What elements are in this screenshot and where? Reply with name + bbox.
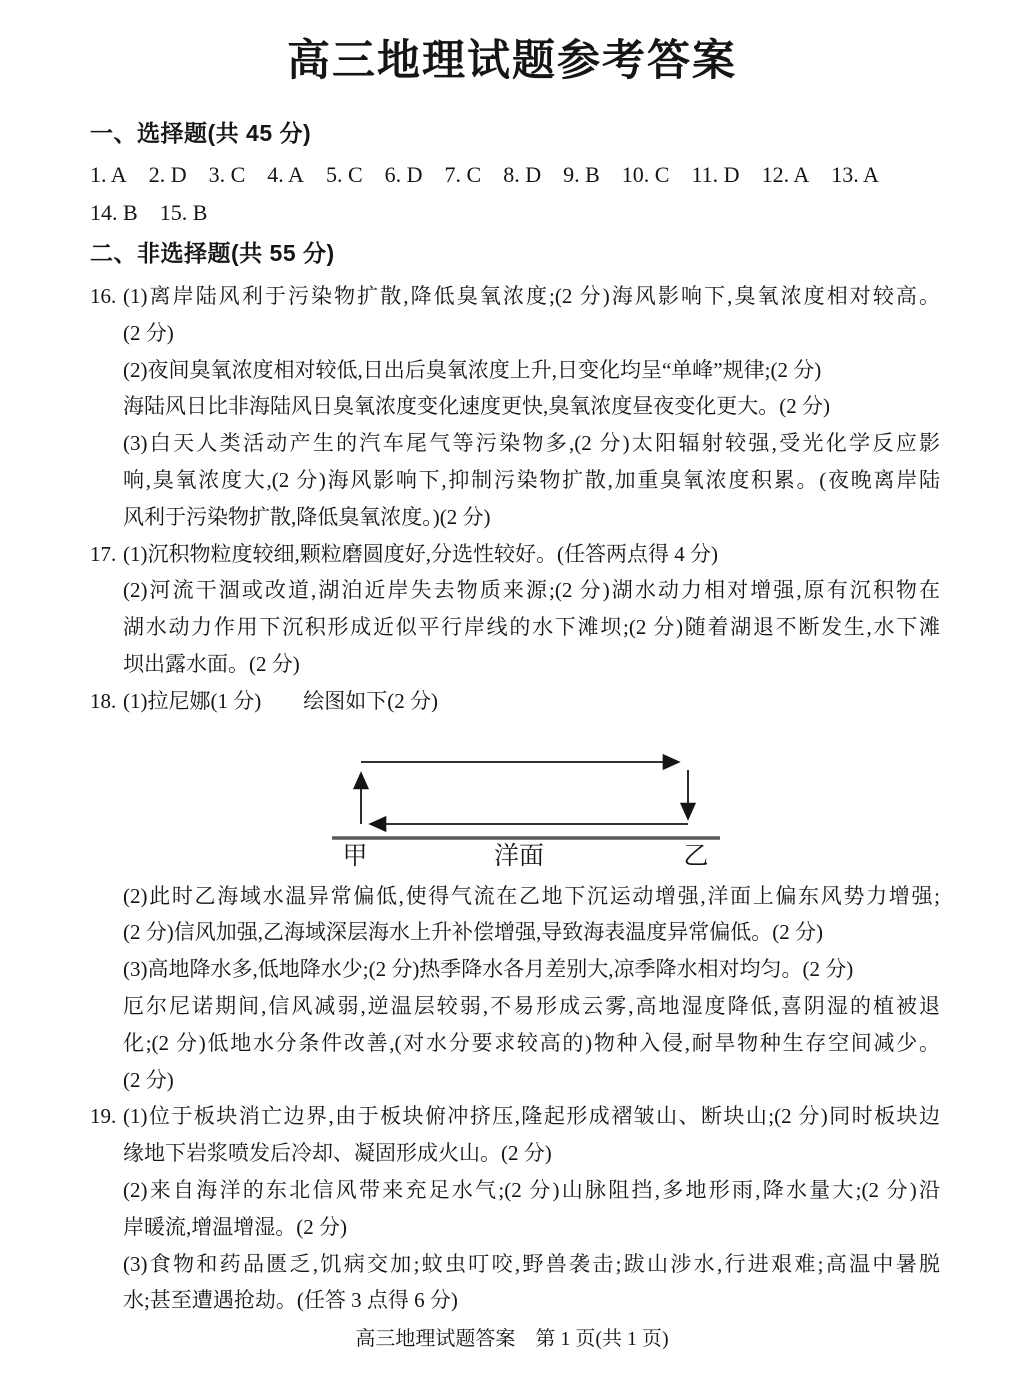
answer-line: 水;甚至遭遇抢劫。(任答 3 点得 6 分) <box>123 1282 940 1319</box>
answer-item: 13. A <box>831 156 879 194</box>
answer-line: 风利于污染物扩散,降低臭氧浓度。)(2 分) <box>123 499 940 536</box>
question-block: 16.(1)离岸陆风利于污染物扩散,降低臭氧浓度;(2 分)海风影响下,臭氧浓度… <box>90 278 940 536</box>
question-block: 18.(1)拉尼娜(1 分) 绘图如下(2 分) 甲 洋面 乙 (2)此时乙海域… <box>90 683 940 1099</box>
answer-item: 12. A <box>762 156 810 194</box>
answer-line: 响,臭氧浓度大,(2 分)海风影响下,抑制污染物扩散,加重臭氧浓度积累。(夜晚离… <box>123 462 940 499</box>
answer-line: (2 分)信风加强,乙海域深层海水上升补偿增强,导致海表温度异常偏低。(2 分) <box>123 914 940 951</box>
answer-item: 9. B <box>563 156 600 194</box>
answer-line: (2)来自海洋的东北信风带来充足水气;(2 分)山脉阻挡,多地形雨,降水量大;(… <box>123 1172 940 1209</box>
document-body: 一、选择题(共 45 分) 1. A2. D3. C4. A5. C6. D7.… <box>90 118 940 1319</box>
answer-line: 坝出露水面。(2 分) <box>123 646 940 683</box>
circulation-diagram: 甲 洋面 乙 <box>318 734 748 872</box>
answer-line: (1)位于板块消亡边界,由于板块俯冲挤压,隆起形成褶皱山、断块山;(2 分)同时… <box>123 1098 940 1135</box>
answer-row: 1. A2. D3. C4. A5. C6. D7. C8. D9. B10. … <box>90 156 940 194</box>
answer-line: (2)此时乙海域水温异常偏低,使得气流在乙地下沉运动增强,洋面上偏东风势力增强; <box>123 878 940 915</box>
section-heading-choice: 一、选择题(共 45 分) <box>90 118 940 148</box>
answer-sheet-page: 高三地理试题参考答案 一、选择题(共 45 分) 1. A2. D3. C4. … <box>0 0 1024 1374</box>
answer-item: 6. D <box>385 156 423 194</box>
answer-item: 2. D <box>149 156 187 194</box>
answer-line: (3)食物和药品匮乏,饥病交加;蚊虫叮咬,野兽袭击;跋山涉水,行进艰难;高温中暑… <box>123 1246 940 1283</box>
answer-line: (2)河流干涸或改道,湖泊近岸失去物质来源;(2 分)湖水动力相对增强,原有沉积… <box>123 572 940 609</box>
answer-line: 化;(2 分)低地水分条件改善,(对水分要求较高的)物种入侵,耐旱物种生存空间减… <box>123 1025 940 1062</box>
answer-item: 3. C <box>209 156 246 194</box>
answer-line: 缘地下岩浆喷发后冷却、凝固形成火山。(2 分) <box>123 1135 940 1172</box>
question-block: 17.(1)沉积物粒度较细,颗粒磨圆度好,分选性较好。(任答两点得 4 分)(2… <box>90 536 940 683</box>
question-number: 17. <box>90 536 116 573</box>
answer-line: 岸暖流,增温增湿。(2 分) <box>123 1209 940 1246</box>
section-heading-free-response: 二、非选择题(共 55 分) <box>90 238 940 268</box>
answer-item: 10. C <box>622 156 670 194</box>
answer-item: 1. A <box>90 156 127 194</box>
diagram-label-right: 乙 <box>683 842 708 870</box>
answer-item: 4. A <box>267 156 304 194</box>
answer-item: 7. C <box>445 156 482 194</box>
answer-line: (3)高地降水多,低地降水少;(2 分)热季降水各月差别大,凉季降水相对均匀。(… <box>123 951 940 988</box>
answer-line: (2 分) <box>123 1062 940 1099</box>
answer-line: 湖水动力作用下沉积形成近似平行岸线的水下滩坝;(2 分)随着湖退不断发生,水下滩 <box>123 609 940 646</box>
answer-line: (1)沉积物粒度较细,颗粒磨圆度好,分选性较好。(任答两点得 4 分) <box>123 536 940 573</box>
questions: 16.(1)离岸陆风利于污染物扩散,降低臭氧浓度;(2 分)海风影响下,臭氧浓度… <box>90 278 940 1319</box>
answer-line: (1)拉尼娜(1 分) 绘图如下(2 分) <box>123 683 940 720</box>
choice-answers: 1. A2. D3. C4. A5. C6. D7. C8. D9. B10. … <box>90 156 940 232</box>
answer-item: 8. D <box>503 156 541 194</box>
answer-item: 11. D <box>691 156 739 194</box>
diagram-label-center: 洋面 <box>494 842 544 870</box>
answer-line: (1)离岸陆风利于污染物扩散,降低臭氧浓度;(2 分)海风影响下,臭氧浓度相对较… <box>123 278 940 315</box>
question-number: 19. <box>90 1098 116 1135</box>
answer-item: 15. B <box>160 194 208 232</box>
diagram-label-left: 甲 <box>342 842 367 870</box>
question-number: 18. <box>90 683 116 720</box>
answer-row: 14. B15. B <box>90 194 940 232</box>
answer-line: (2)夜间臭氧浓度相对较低,日出后臭氧浓度上升,日变化均呈“单峰”规律;(2 分… <box>123 352 940 389</box>
question-number: 16. <box>90 278 116 315</box>
page-title: 高三地理试题参考答案 <box>0 0 1024 88</box>
answer-line: (2 分) <box>123 315 940 352</box>
page-footer: 高三地理试题答案 第 1 页(共 1 页) <box>0 1326 1024 1352</box>
answer-line: 厄尔尼诺期间,信风减弱,逆温层较弱,不易形成云雾,高地湿度降低,喜阴湿的植被退 <box>123 988 940 1025</box>
answer-item: 14. B <box>90 194 138 232</box>
question-block: 19.(1)位于板块消亡边界,由于板块俯冲挤压,隆起形成褶皱山、断块山;(2 分… <box>90 1098 940 1319</box>
answer-item: 5. C <box>326 156 363 194</box>
answer-line: 海陆风日比非海陆风日臭氧浓度变化速度更快,臭氧浓度昼夜变化更大。(2 分) <box>123 388 940 425</box>
answer-line: (3)白天人类活动产生的汽车尾气等污染物多,(2 分)太阳辐射较强,受光化学反应… <box>123 425 940 462</box>
circulation-diagram-svg: 甲 洋面 乙 <box>318 734 748 872</box>
